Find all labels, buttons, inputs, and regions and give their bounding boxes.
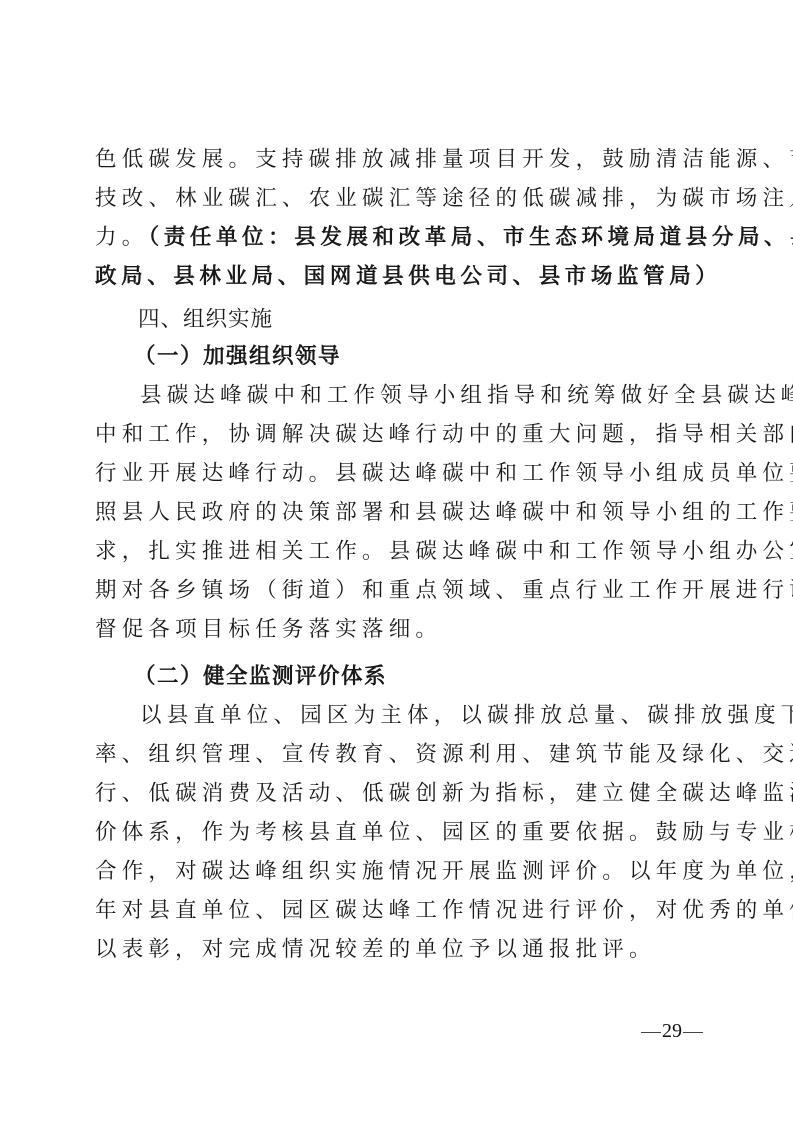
body-text-line: 技改、林业碳汇、农业碳汇等途径的低碳减排，为碳市场注入活 — [95, 185, 699, 213]
body-text-line: 期对各乡镇场（街道）和重点领域、重点行业工作开展进行调度， — [95, 577, 699, 605]
page-number: 29 — [640, 1020, 704, 1043]
subsection-heading: （一）加强组织领导 — [134, 343, 341, 371]
body-text-line: 率、组织管理、宣传教育、资源利用、建筑节能及绿化、交通出 — [95, 741, 699, 769]
body-text-line: 价体系，作为考核县直单位、园区的重要依据。鼓励与专业机构 — [95, 819, 699, 847]
body-text-line: 县碳达峰碳中和工作领导小组指导和统筹做好全县碳达峰碳 — [140, 382, 699, 410]
responsible-units-text: （责任单位：县发展和改革局、市生态环境局道县分局、县财 — [148, 225, 793, 250]
body-text-line: 照县人民政府的决策部署和县碳达峰碳中和领导小组的工作要 — [95, 499, 699, 527]
dash-decoration — [683, 1032, 703, 1033]
body-text-line: 行、低碳消费及活动、低碳创新为指标，建立健全碳达峰监测评 — [95, 780, 699, 808]
body-text-fragment: 力。 — [95, 225, 148, 250]
section-heading: 四、组织实施 — [138, 306, 273, 334]
body-text-line: 以表彰，对完成情况较差的单位予以通报批评。 — [95, 936, 699, 964]
body-text-line: 以县直单位、园区为主体，以碳排放总量、碳排放强度下降 — [140, 702, 699, 730]
page-number-text: 29 — [662, 1020, 682, 1042]
dash-decoration — [641, 1032, 661, 1033]
subsection-heading: （二）健全监测评价体系 — [134, 663, 387, 691]
responsible-units-text: 政局、县林业局、国网道县供电公司、县市场监管局） — [95, 263, 699, 291]
body-text-line: 年对县直单位、园区碳达峰工作情况进行评价，对优秀的单位予 — [95, 897, 699, 925]
body-text-line: 求，扎实推进相关工作。县碳达峰碳中和工作领导小组办公室定 — [95, 538, 699, 566]
body-text-line: 行业开展达峰行动。县碳达峰碳中和工作领导小组成员单位要按 — [95, 460, 699, 488]
responsibility-line: 力。（责任单位：县发展和改革局、市生态环境局道县分局、县财 — [95, 224, 699, 252]
body-text-line: 中和工作，协调解决碳达峰行动中的重大问题，指导相关部门和 — [95, 421, 699, 449]
body-text-line: 督促各项目标任务落实落细。 — [95, 616, 699, 644]
document-page: 色低碳发展。支持碳排放减排量项目开发，鼓励清洁能源、节能 技改、林业碳汇、农业碳… — [0, 0, 793, 1122]
body-text-line: 色低碳发展。支持碳排放减排量项目开发，鼓励清洁能源、节能 — [95, 146, 699, 174]
body-text-line: 合作，对碳达峰组织实施情况开展监测评价。以年度为单位，逐 — [95, 858, 699, 886]
